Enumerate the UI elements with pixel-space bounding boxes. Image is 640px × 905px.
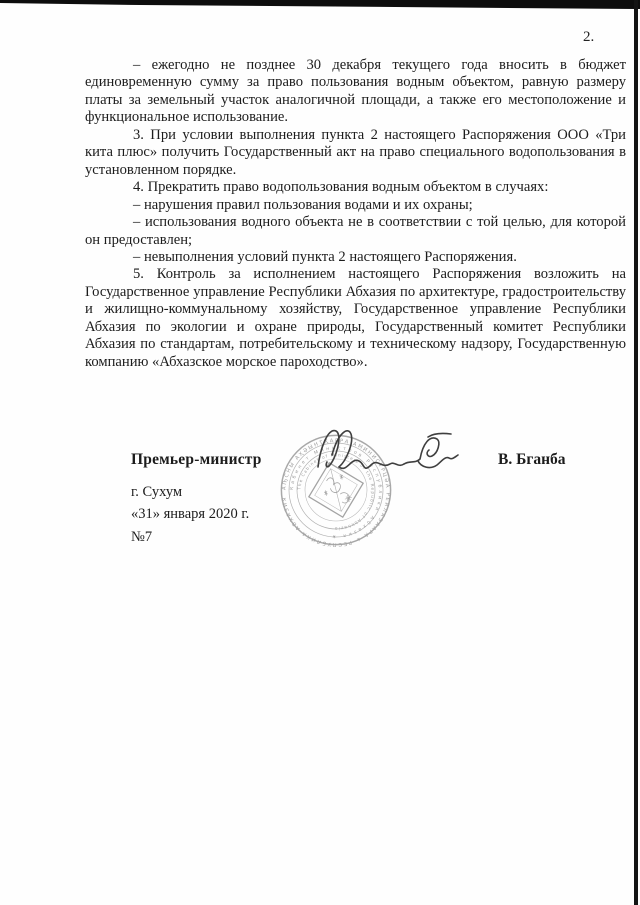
- paragraph-clause-5: 5. Контроль за исполнением настоящего Ра…: [85, 266, 626, 371]
- date-line: «31» января 2020 г.: [131, 506, 249, 523]
- paragraph-bullet-misuse: – использования водного объекта не в соо…: [85, 214, 626, 249]
- paragraph-clause-3: 3. При условии выполнения пункта 2 насто…: [85, 127, 626, 179]
- handwritten-signature: [302, 421, 477, 483]
- paragraph-annual-payment: – ежегодно не позднее 30 декабря текущег…: [85, 57, 626, 127]
- document-number: №7: [131, 529, 152, 546]
- signer-name: В. Бганба: [498, 451, 566, 469]
- signer-title: Премьер-министр: [131, 451, 262, 469]
- scan-artifact-right-line: [634, 0, 638, 905]
- scan-artifact-top-bar: [0, 0, 640, 10]
- city-line: г. Сухум: [131, 484, 182, 501]
- paragraph-clause-4: 4. Прекратить право водопользования водн…: [85, 179, 626, 196]
- paragraph-bullet-violations: – нарушения правил пользования водами и …: [85, 197, 626, 214]
- paragraph-bullet-nonfulfilment: – невыполнения условий пункта 2 настояще…: [85, 249, 626, 266]
- page-number: 2.: [583, 29, 594, 46]
- document-body: – ежегодно не позднее 30 декабря текущег…: [85, 57, 626, 371]
- scanned-document-page: 2. – ежегодно не позднее 30 декабря теку…: [0, 0, 640, 905]
